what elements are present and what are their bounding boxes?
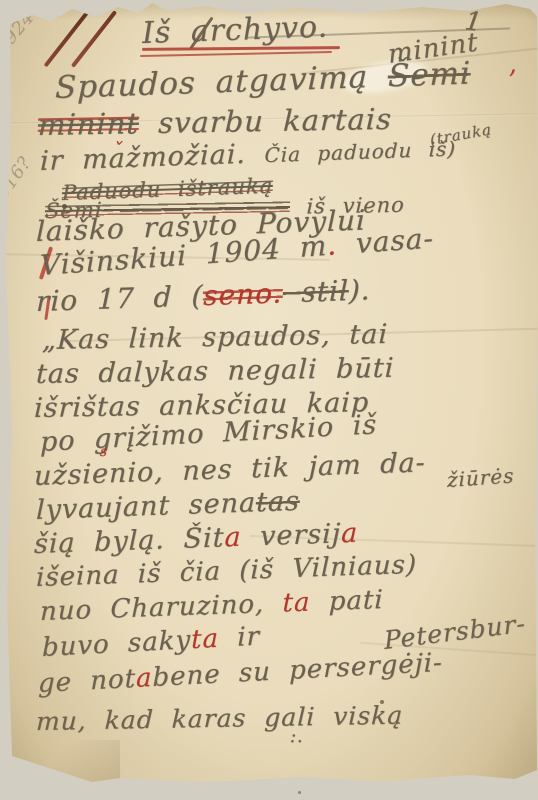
- margin-note-pencil: 1924: [0, 7, 39, 57]
- text-segment: ge not: [38, 664, 136, 699]
- document-title: Iš archyvo.: [141, 10, 328, 51]
- annotation-red-s: s: [100, 444, 109, 460]
- text-segment: ta: [191, 624, 219, 656]
- handwriting-line: nuo Charuzino, ta pati: [40, 585, 384, 627]
- corner-shadow: [0, 740, 120, 800]
- text-segment: buvo saky: [42, 625, 191, 663]
- handwriting-line: buvo sakyta ir: [42, 622, 260, 663]
- text-segment: ).: [349, 273, 371, 307]
- text-segment: ir: [219, 622, 260, 654]
- struck-text: seno.: [203, 276, 283, 312]
- text-segment: šią bylą. Šit: [34, 522, 225, 560]
- text-segment: pati: [310, 585, 384, 618]
- handwriting-line: mu, kad karas gali viską: [35, 701, 403, 736]
- title-underline: [140, 51, 332, 57]
- text-segment: vasa-: [337, 221, 434, 261]
- annotation-petersbur: Petersbur-: [383, 609, 527, 655]
- text-segment: a: [136, 663, 152, 694]
- text-segment: Čia paduodu iš): [264, 136, 456, 167]
- handwriting-line: rio 17 d (seno. stil).: [36, 273, 371, 318]
- handwriting-line: lyvaujant senatas: [36, 486, 300, 526]
- text-segment: „Kas link spaudos, tai: [41, 319, 388, 356]
- background-speck: [298, 791, 301, 794]
- annotation-minint-comma: ,: [507, 49, 519, 80]
- annotation-colon: :.: [289, 726, 304, 747]
- struck-text: minint: [37, 106, 139, 142]
- annotation-ziures: žiūrės: [447, 463, 515, 492]
- text-segment: rio 17 d (: [36, 279, 204, 318]
- text-segment: mu, kad karas gali viską: [35, 701, 403, 736]
- annotation-caron: ˇ: [111, 138, 123, 162]
- text-segment: ir mažmožiai.: [40, 138, 265, 177]
- text-segment: a: [341, 518, 359, 550]
- manuscript-paper: Iš archyvo. 1 Spaudos atgavimą Šemiminin…: [0, 0, 538, 800]
- text-segment: ta: [282, 588, 310, 619]
- handwriting-line: „Kas link spaudos, tai: [41, 319, 388, 356]
- margin-note-pencil: 1916?: [0, 153, 36, 213]
- text-segment: Spaudos atgavimą: [55, 58, 389, 106]
- struck-text: tas: [256, 486, 300, 519]
- annotation-trauka: (trauką: [429, 120, 493, 149]
- handwriting-line: tas dalykas negali būti: [35, 353, 394, 390]
- text-segment: versij: [241, 518, 341, 553]
- text-segment: a: [224, 522, 242, 554]
- text-segment: .: [327, 228, 337, 262]
- text-segment: lyvaujant sena: [36, 487, 257, 526]
- text-segment: tas dalykas negali būti: [35, 353, 394, 390]
- scanned-manuscript: Iš archyvo. 1 Spaudos atgavimą Šemiminin…: [0, 0, 538, 800]
- struck-text: stil: [282, 274, 349, 309]
